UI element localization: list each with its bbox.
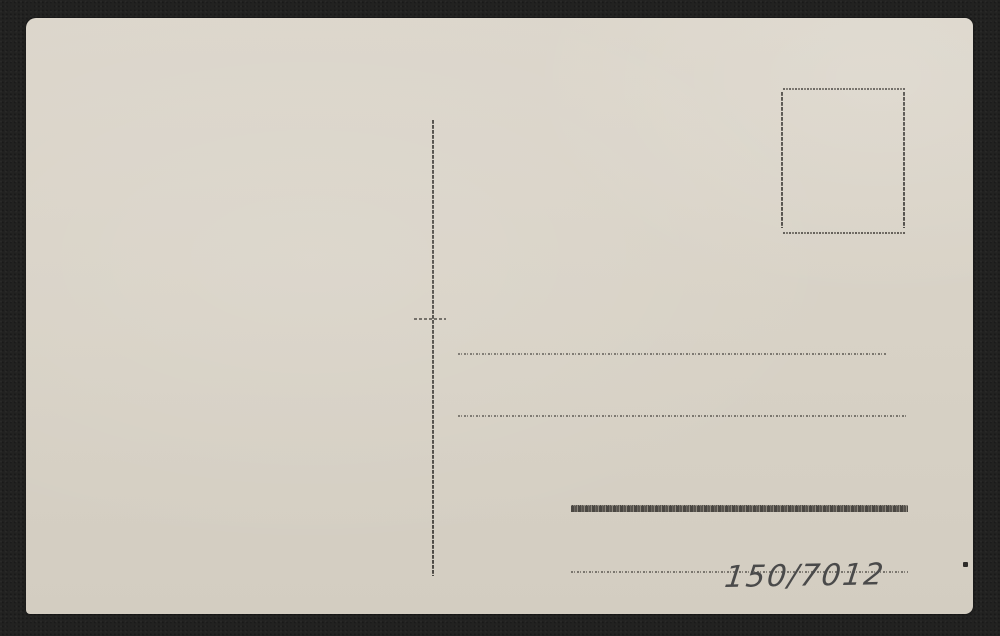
stamp-box-bottom-edge [783,232,905,234]
stamp-box-top-edge [783,88,905,90]
stamp-box-left-edge [781,92,783,228]
handwritten-catalog-number: 150/7012 [723,557,887,595]
address-line-3 [571,505,908,512]
divider-tick-mark [414,318,446,320]
postcard-back [26,18,973,614]
stamp-box-right-edge [903,92,905,228]
address-line-1 [458,353,886,355]
center-divider-line [432,120,434,576]
ink-dot-mark [963,562,968,567]
stamp-placement-box [781,88,905,234]
address-line-2 [458,415,908,417]
